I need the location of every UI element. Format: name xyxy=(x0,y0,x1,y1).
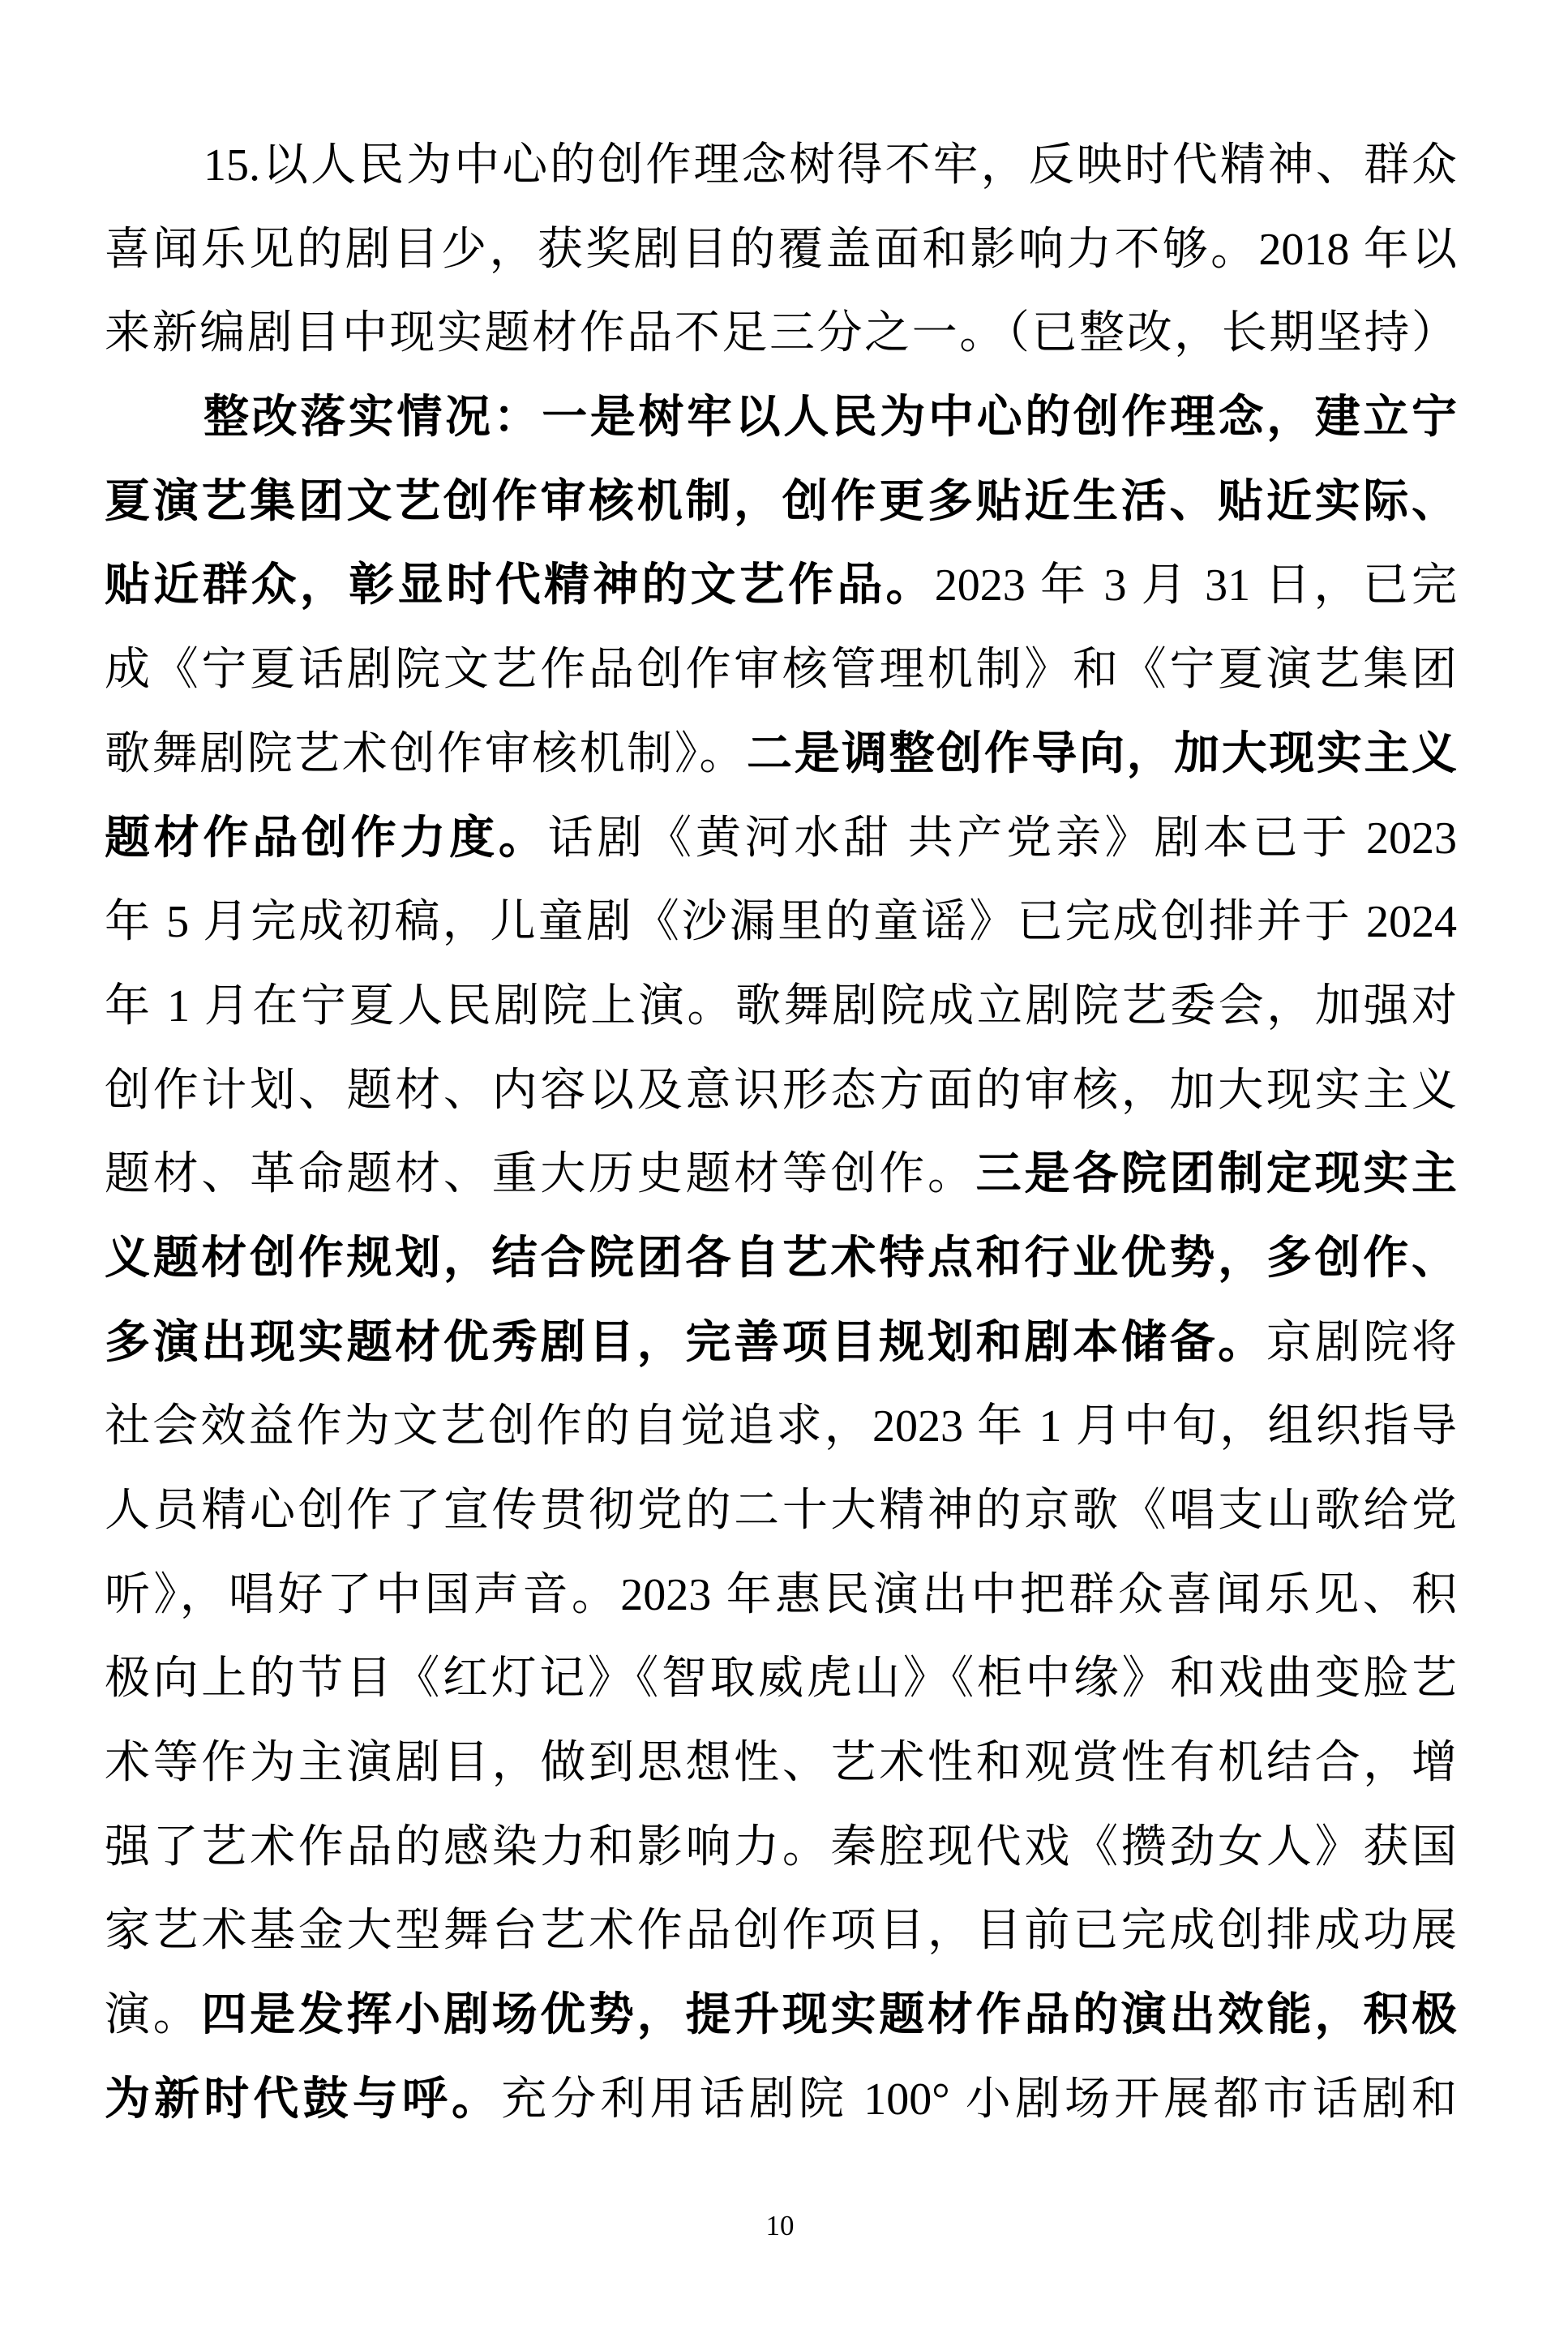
emphasis-text: 三是各院团制定现实主 xyxy=(976,1149,1457,1199)
emphasis-text: 夏演艺集团文艺创作审核机制，创作更多贴近生活、贴近实际、 xyxy=(105,477,1457,527)
paragraph-issue: 15.以人民为中心的创作理念树得不牢，反映时代精神、群众 喜闻乐见的剧目少，获奖… xyxy=(105,124,1457,376)
body-text: 创作计划、题材、内容以及意识形态方面的审核，加大现实主义 xyxy=(105,1066,1457,1116)
text-line: 人员精心创作了宣传贯彻党的二十大精神的京歌《唱支山歌给党 xyxy=(105,1469,1457,1554)
text-line: 听》，唱好了中国声音。2023 年惠民演出中把群众喜闻乐见、积 xyxy=(105,1554,1457,1638)
body-text: 家艺术基金大型舞台艺术作品创作项目，目前已完成创排成功展 xyxy=(105,1906,1457,1956)
body-text: 喜闻乐见的剧目少，获奖剧目的覆盖面和影响力不够。2018 年以 xyxy=(105,225,1457,275)
text-line: 年 1 月在宁夏人民剧院上演。歌舞剧院成立剧院艺委会，加强对 xyxy=(105,965,1457,1049)
text-line: 成《宁夏话剧院文艺作品创作审核管理机制》和《宁夏演艺集团 xyxy=(105,628,1457,713)
text-line: 年 5 月完成初稿，儿童剧《沙漏里的童谣》已完成创排并于 2024 xyxy=(105,881,1457,965)
body-text: 极向上的节目《红灯记》《智取威虎山》《柜中缘》和戏曲变脸艺 xyxy=(105,1654,1457,1704)
body-text: 2023 年 3 月 31 日，已完 xyxy=(935,560,1457,611)
emphasis-text: 二是调整创作导向，加大现实主义 xyxy=(747,729,1457,779)
text-line: 夏演艺集团文艺创作审核机制，创作更多贴近生活、贴近实际、 xyxy=(105,461,1457,545)
emphasis-text: 题材作品创作力度。 xyxy=(105,813,548,864)
body-text: 15.以人民为中心的创作理念树得不牢，反映时代精神、群众 xyxy=(203,140,1457,191)
emphasis-text: 整改落实情况：一是树牢以人民为中心的创作理念，建立宁 xyxy=(203,392,1457,443)
text-line: 题材、革命题材、重大历史题材等创作。三是各院团制定现实主 xyxy=(105,1133,1457,1217)
body-text: 成《宁夏话剧院文艺作品创作审核管理机制》和《宁夏演艺集团 xyxy=(105,645,1457,695)
body-text: 强了艺术作品的感染力和影响力。秦腔现代戏《攒劲女人》获国 xyxy=(105,1822,1457,1872)
text-line: 为新时代鼓与呼。充分利用话剧院 100° 小剧场开展都市话剧和 xyxy=(105,2058,1457,2143)
text-line: 贴近群众，彰显时代精神的文艺作品。2023 年 3 月 31 日，已完 xyxy=(105,544,1457,628)
text-line: 演。四是发挥小剧场优势，提升现实题材作品的演出效能，积极 xyxy=(105,1974,1457,2058)
text-line: 家艺术基金大型舞台艺术作品创作项目，目前已完成创排成功展 xyxy=(105,1889,1457,1974)
text-line: 义题材创作规划，结合院团各自艺术特点和行业优势，多创作、 xyxy=(105,1217,1457,1302)
text-line: 喜闻乐见的剧目少，获奖剧目的覆盖面和影响力不够。2018 年以 xyxy=(105,208,1457,293)
text-line: 题材作品创作力度。话剧《黄河水甜 共产党亲》剧本已于 2023 xyxy=(105,797,1457,881)
emphasis-text: 为新时代鼓与呼。 xyxy=(105,2074,501,2125)
text-line: 歌舞剧院艺术创作审核机制》。二是调整创作导向，加大现实主义 xyxy=(105,713,1457,797)
body-text: 话剧《黄河水甜 共产党亲》剧本已于 2023 xyxy=(548,813,1457,864)
text-line: 强了艺术作品的感染力和影响力。秦腔现代戏《攒劲女人》获国 xyxy=(105,1806,1457,1890)
text-line: 来新编剧目中现实题材作品不足三分之一。（已整改，长期坚持） xyxy=(105,292,1457,376)
document-body: 15.以人民为中心的创作理念树得不牢，反映时代精神、群众 喜闻乐见的剧目少，获奖… xyxy=(105,124,1457,2143)
text-line: 极向上的节目《红灯记》《智取威虎山》《柜中缘》和戏曲变脸艺 xyxy=(105,1637,1457,1722)
text-line: 创作计划、题材、内容以及意识形态方面的审核，加大现实主义 xyxy=(105,1049,1457,1134)
text-line: 多演出现实题材优秀剧目，完善项目规划和剧本储备。京剧院将 xyxy=(105,1302,1457,1386)
body-text: 来新编剧目中现实题材作品不足三分之一。（已整改，长期坚持） xyxy=(105,308,1457,358)
body-text: 歌舞剧院艺术创作审核机制》。 xyxy=(105,729,747,779)
body-text: 年 5 月完成初稿，儿童剧《沙漏里的童谣》已完成创排并于 2024 xyxy=(105,897,1457,947)
text-line: 15.以人民为中心的创作理念树得不牢，反映时代精神、群众 xyxy=(105,124,1457,208)
body-text: 充分利用话剧院 100° 小剧场开展都市话剧和 xyxy=(501,2074,1457,2125)
body-text: 人员精心创作了宣传贯彻党的二十大精神的京歌《唱支山歌给党 xyxy=(105,1486,1457,1536)
body-text: 社会效益作为文艺创作的自觉追求，2023 年 1 月中旬，组织指导 xyxy=(105,1401,1457,1452)
emphasis-text: 义题材创作规划，结合院团各自艺术特点和行业优势，多创作、 xyxy=(105,1233,1457,1284)
body-text: 听》，唱好了中国声音。2023 年惠民演出中把群众喜闻乐见、积 xyxy=(105,1570,1457,1620)
body-text: 年 1 月在宁夏人民剧院上演。歌舞剧院成立剧院艺委会，加强对 xyxy=(105,981,1457,1032)
text-line: 整改落实情况：一是树牢以人民为中心的创作理念，建立宁 xyxy=(105,376,1457,461)
text-line: 术等作为主演剧目，做到思想性、艺术性和观赏性有机结合，增 xyxy=(105,1722,1457,1806)
body-text: 题材、革命题材、重大历史题材等创作。 xyxy=(105,1149,976,1199)
paragraph-rectification-status: 整改落实情况：一是树牢以人民为中心的创作理念，建立宁 夏演艺集团文艺创作审核机制… xyxy=(105,376,1457,2142)
emphasis-text: 多演出现实题材优秀剧目，完善项目规划和剧本储备。 xyxy=(105,1318,1266,1368)
text-line: 社会效益作为文艺创作的自觉追求，2023 年 1 月中旬，组织指导 xyxy=(105,1385,1457,1469)
document-page: 15.以人民为中心的创作理念树得不牢，反映时代精神、群众 喜闻乐见的剧目少，获奖… xyxy=(0,0,1568,2342)
body-text: 京剧院将 xyxy=(1266,1318,1457,1368)
body-text: 术等作为主演剧目，做到思想性、艺术性和观赏性有机结合，增 xyxy=(105,1738,1457,1788)
emphasis-text: 四是发挥小剧场优势，提升现实题材作品的演出效能，积极 xyxy=(201,1990,1457,2040)
page-number: 10 xyxy=(739,2211,820,2240)
emphasis-text: 贴近群众，彰显时代精神的文艺作品。 xyxy=(105,560,935,611)
body-text: 演。 xyxy=(105,1990,201,2040)
